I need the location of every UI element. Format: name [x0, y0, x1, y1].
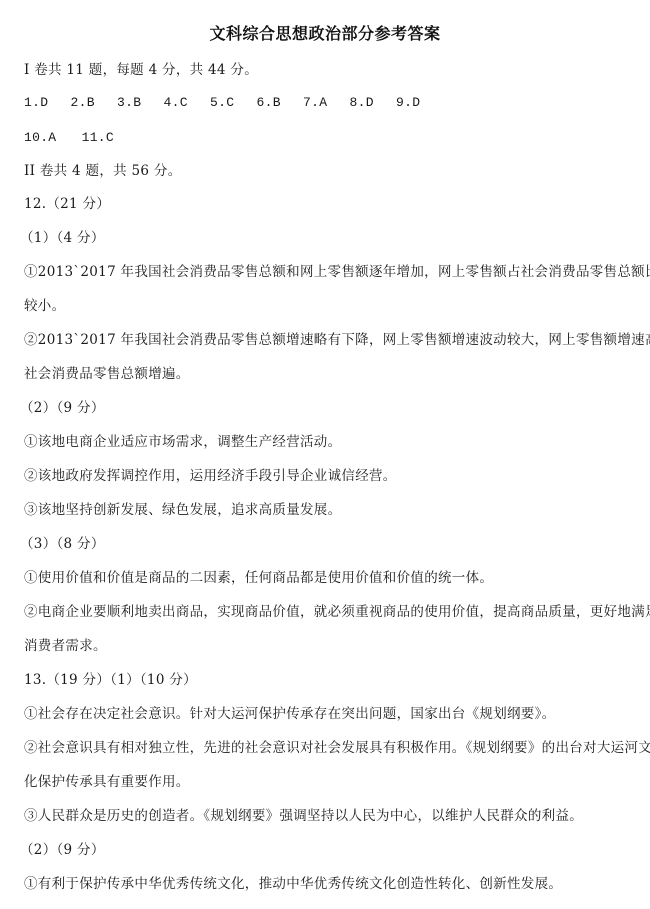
answer-item: 10.A — [24, 128, 77, 148]
q12-sub1-point2-line2: 社会消费品零售总额增遍。 — [24, 364, 632, 384]
document-page: 文科综合思想政治部分参考答案 I 卷共 11 题，每题 4 分，共 44 分。 … — [0, 0, 650, 909]
answer-item: 8.D — [350, 93, 397, 113]
answer-item: 3.B — [117, 93, 164, 113]
q12-sub1-point2-line1: ②2013`2017 年我国社会消费品零售总额增速略有下降，网上零售额增速波动较… — [24, 330, 632, 350]
page-title: 文科综合思想政治部分参考答案 — [0, 22, 650, 46]
q12-sub3-point2-line2: 消费者需求。 — [24, 636, 632, 656]
question-13-header: 13.（19 分）（1）（10 分） — [24, 670, 632, 690]
q12-sub3-point2-line1: ②电商企业要顺利地卖出商品，实现商品价值，就必须重视商品的使用价值，提高商品质量… — [24, 602, 632, 622]
answers-row-2: 10.A 11.C — [24, 127, 632, 148]
answer-item: 1.D — [24, 93, 71, 113]
q12-sub1-point1-line2: 较小。 — [24, 296, 632, 316]
q13-sub1-point2-line1: ②社会意识具有相对独立性，先进的社会意识对社会发展具有积极作用。《规划纲要》的出… — [24, 738, 632, 758]
q12-sub2-point3: ③该地坚持创新发展、绿色发展，追求高质量发展。 — [24, 500, 632, 520]
q13-sub1-point2-line2: 化保护传承具有重要作用。 — [24, 772, 632, 792]
answer-item: 2.B — [71, 93, 118, 113]
part1-header: I 卷共 11 题，每题 4 分，共 44 分。 — [24, 60, 632, 80]
q13-sub1-point1: ①社会存在决定社会意识。针对大运河保护传承存在突出问题，国家出台《规划纲要》。 — [24, 704, 632, 724]
question-12-header: 12.（21 分） — [24, 194, 632, 214]
q12-sub1-header: （1）（4 分） — [20, 228, 628, 248]
q12-sub2-header: （2）（9 分） — [20, 398, 628, 418]
q13-sub2-point1: ①有利于保护传承中华优秀传统文化，推动中华优秀传统文化创造性转化、创新性发展。 — [24, 874, 632, 894]
q13-sub2-header: （2）（9 分） — [20, 840, 628, 860]
answer-item: 11.C — [82, 128, 135, 148]
answer-item: 5.C — [210, 93, 257, 113]
q12-sub1-point1-line1: ①2013`2017 年我国社会消费品零售总额和网上零售额逐年增加，网上零售额占… — [24, 262, 632, 282]
q12-sub3-point1: ①使用价值和价值是商品的二因素，任何商品都是使用价值和价值的统一体。 — [24, 568, 632, 588]
q13-sub1-point3: ③人民群众是历史的创造者。《规划纲要》强调坚持以人民为中心，以维护人民群众的利益… — [24, 806, 632, 826]
part2-header: II 卷共 4 题，共 56 分。 — [24, 161, 632, 181]
q12-sub2-point2: ②该地政府发挥调控作用，运用经济手段引导企业诚信经营。 — [24, 466, 632, 486]
answer-item: 9.D — [396, 93, 443, 113]
answers-row-1: 1.D 2.B 3.B 4.C 5.C 6.B 7.A 8.D 9.D — [24, 93, 632, 113]
answer-item: 6.B — [257, 93, 304, 113]
answer-item: 4.C — [164, 93, 211, 113]
q12-sub2-point1: ①该地电商企业适应市场需求，调整生产经营活动。 — [24, 432, 632, 452]
q12-sub3-header: （3）（8 分） — [20, 534, 628, 554]
answer-item: 7.A — [303, 93, 350, 113]
